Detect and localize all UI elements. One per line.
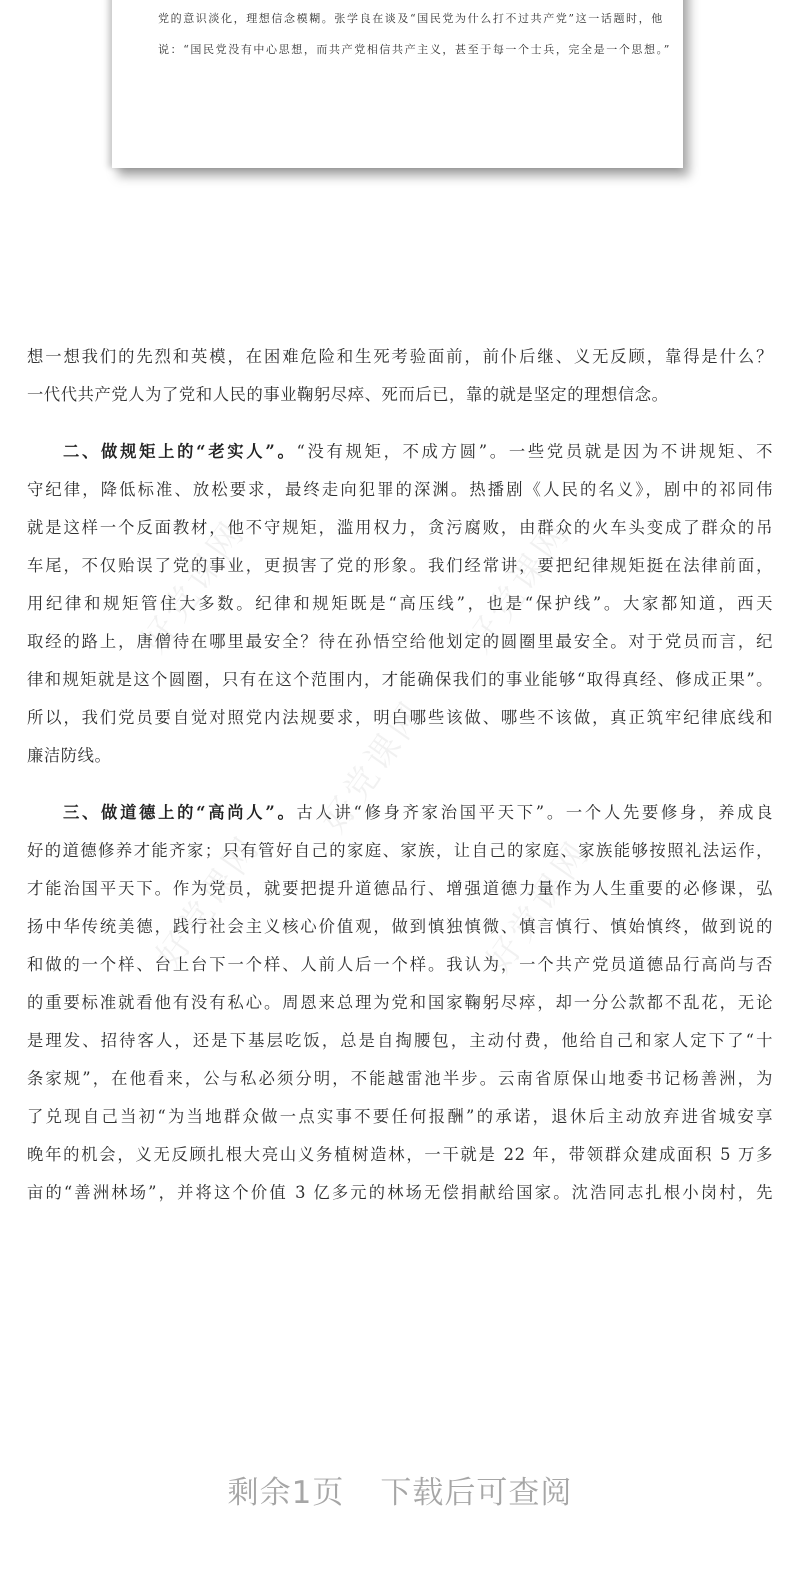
text-line: 扬中华传统美德，践行社会主义核心价值观，做到慎独慎微、慎言慎行、慎始慎终，做到说… <box>27 908 773 946</box>
text-line: 守纪律，降低标准、放松要求，最终走向犯罪的深渊。热播剧《人民的名义》，剧中的祁同… <box>27 471 773 509</box>
text-span: 古人讲“修身齐家治国平天下”。一个人先要修身，养成良 <box>296 803 773 822</box>
text-line: 和做的一个样、台上台下一个样、人前人后一个样。我认为，一个共产党员道德品行高尚与… <box>27 946 773 984</box>
text-line: 三、做道德上的“高尚人”。古人讲“修身齐家治国平天下”。一个人先要修身，养成良 <box>27 794 773 832</box>
section-heading: 二、做规矩上的“老实人”。 <box>63 442 296 461</box>
preview-text-line: 说：“国民党没有中心思想，而共产党相信共产主义，甚至于每一个士兵，完全是一个思想… <box>158 41 671 57</box>
text-line: 晚年的机会，义无反顾扎根大亮山义务植树造林，一干就是 22 年，带领群众建成面积… <box>27 1136 773 1174</box>
text-line: 所以，我们党员要自觉对照党内法规要求，明白哪些该做、哪些不该做，真正筑牢纪律底线… <box>27 699 773 737</box>
text-line: 条家规”，在他看来，公与私必须分明，不能越雷池半步。云南省原保山地委书记杨善洲，… <box>27 1060 773 1098</box>
page-preview-card: 党的意识淡化，理想信念模糊。张学良在谈及“国民党为什么打不过共产党”这一话题时，… <box>112 0 683 168</box>
text-line: 亩的“善洲林场”，并将这个价值 3 亿多元的林场无偿捐献给国家。沈浩同志扎根小岗… <box>27 1174 773 1212</box>
text-line: 了兑现自己当初“为当地群众做一点实事不要任何报酬”的承诺，退休后主动放弃进省城安… <box>27 1098 773 1136</box>
section-heading: 三、做道德上的“高尚人”。 <box>63 803 296 822</box>
download-prompt-label: 下载后可查阅 <box>380 1475 572 1511</box>
text-line: 才能治国平天下。作为党员，就要把提升道德品行、增强道德力量作为人生重要的必修课，… <box>27 870 773 908</box>
text-line: 就是这样一个反面教材，他不守规矩，滥用权力，贪污腐败，由群众的火车头变成了群众的… <box>27 509 773 547</box>
text-line: 是理发、招待客人，还是下基层吃饭，总是自掏腰包，主动付费，他给自己和家人定下了“… <box>27 1022 773 1060</box>
paragraph-1: 想一想我们的先烈和英模，在困难危险和生死考验面前，前仆后继、义无反顾，靠得是什么… <box>27 338 773 414</box>
text-line: 的重要标准就看他有没有私心。周恩来总理为党和国家鞠躬尽瘁，却一分公款都不乱花，无… <box>27 984 773 1022</box>
download-to-view-prompt[interactable]: 剩余1页下载后可查阅 <box>0 1467 800 1512</box>
text-line: 律和规矩就是这个圆圈，只有在这个范围内，才能确保我们的事业能够“取得真经、修成正… <box>27 661 773 699</box>
text-line: 车尾，不仅贻误了党的事业，更损害了党的形象。我们经常讲，要把纪律规矩挺在法律前面… <box>27 547 773 585</box>
text-line: 好的道德修养才能齐家；只有管好自己的家庭、家族，让自己的家庭、家族能够按照礼法运… <box>27 832 773 870</box>
text-line: 想一想我们的先烈和英模，在困难危险和生死考验面前，前仆后继、义无反顾，靠得是什么… <box>27 338 773 376</box>
text-line: 二、做规矩上的“老实人”。“没有规矩，不成方圆”。一些党员就是因为不讲规矩、不 <box>27 433 773 471</box>
paragraph-2: 二、做规矩上的“老实人”。“没有规矩，不成方圆”。一些党员就是因为不讲规矩、不 … <box>27 433 773 775</box>
document-body: 想一想我们的先烈和英模，在困难危险和生死考验面前，前仆后继、义无反顾，靠得是什么… <box>27 338 773 1212</box>
text-span: “没有规矩，不成方圆”。一些党员就是因为不讲规矩、不 <box>296 442 773 461</box>
text-line: 一代代共产党人为了党和人民的事业鞠躬尽瘁、死而后已，靠的就是坚定的理想信念。 <box>27 376 773 414</box>
text-line: 取经的路上，唐僧待在哪里最安全？待在孙悟空给他划定的圆圈里最安全。对于党员而言，… <box>27 623 773 661</box>
paragraph-3: 三、做道德上的“高尚人”。古人讲“修身齐家治国平天下”。一个人先要修身，养成良 … <box>27 794 773 1212</box>
text-line: 用纪律和规矩管住大多数。纪律和规矩既是“高压线”，也是“保护线”。大家都知道，西… <box>27 585 773 623</box>
remaining-pages-label: 剩余1页 <box>228 1475 345 1511</box>
text-line: 廉洁防线。 <box>27 737 773 775</box>
preview-text-line: 党的意识淡化，理想信念模糊。张学良在谈及“国民党为什么打不过共产党”这一话题时，… <box>158 10 664 26</box>
